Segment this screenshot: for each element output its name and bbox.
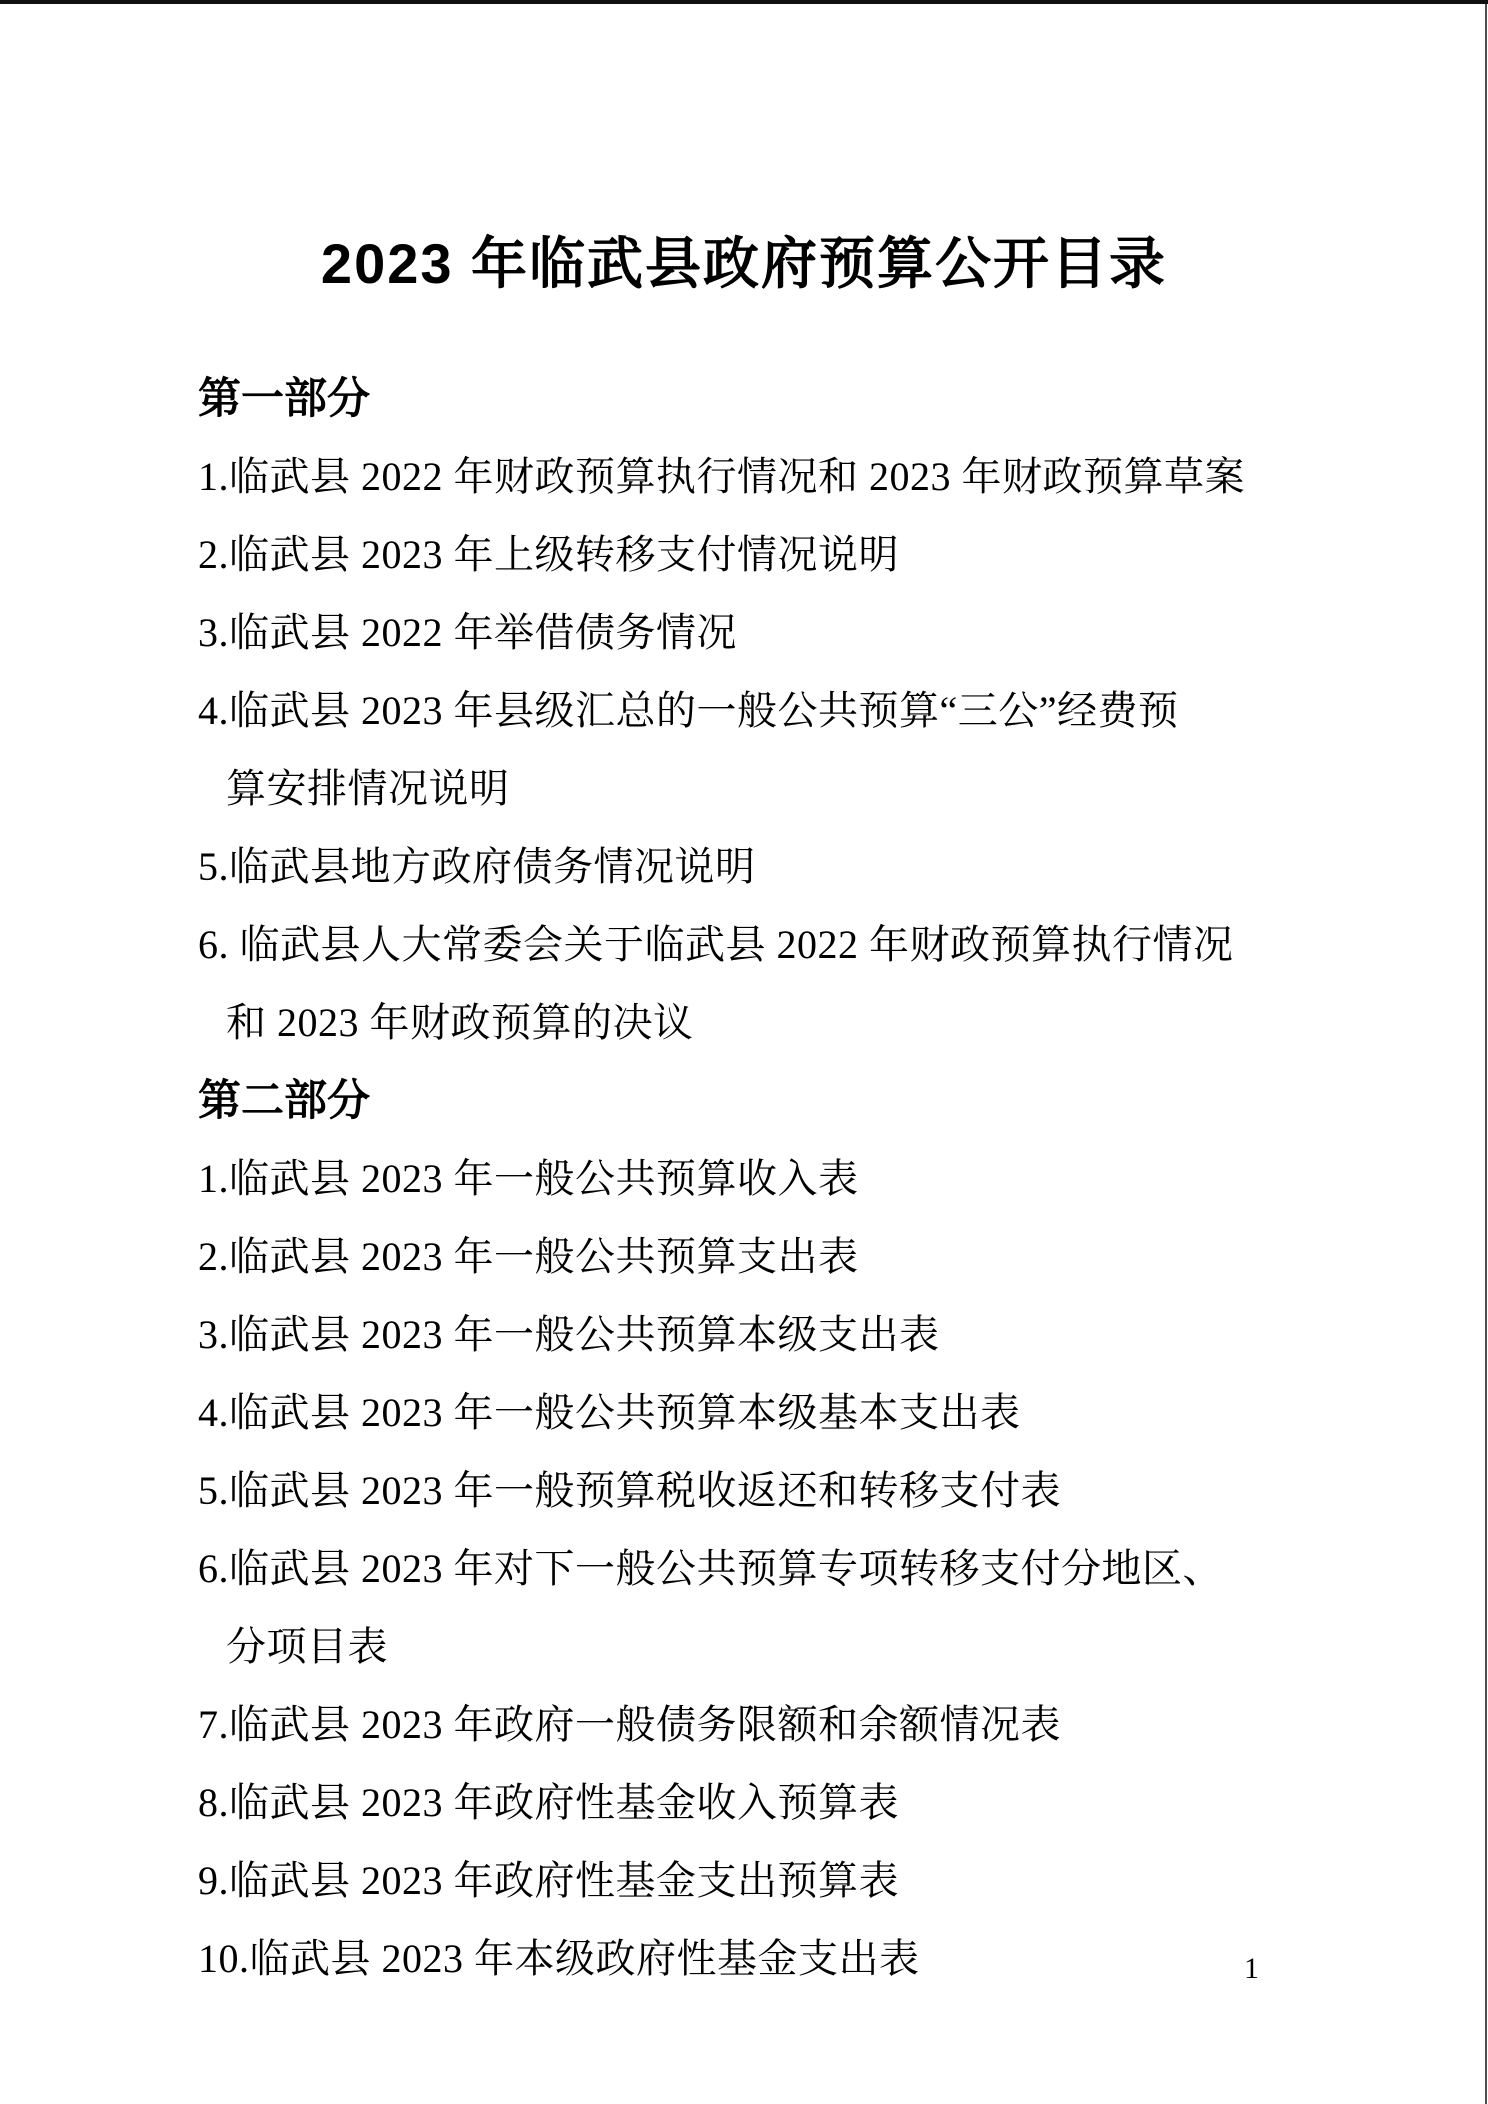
toc-item: 5.临武县地方政府债务情况说明	[198, 824, 1428, 902]
toc-content: 第一部分 1.临武县 2022 年财政预算执行情况和 2023 年财政预算草案 …	[198, 356, 1428, 1994]
toc-item: 4.临武县 2023 年县级汇总的一般公共预算“三公”经费预	[198, 668, 1428, 746]
toc-item: 3.临武县 2022 年举借债务情况	[198, 590, 1428, 668]
toc-item: 5.临武县 2023 年一般预算税收返还和转移支付表	[198, 1448, 1428, 1526]
toc-item: 3.临武县 2023 年一般公共预算本级支出表	[198, 1292, 1428, 1370]
toc-item: 8.临武县 2023 年政府性基金收入预算表	[198, 1760, 1428, 1838]
toc-item: 4.临武县 2023 年一般公共预算本级基本支出表	[198, 1370, 1428, 1448]
page-number: 1	[1244, 1952, 1259, 1986]
toc-item-continuation: 分项目表	[198, 1604, 1428, 1682]
toc-item: 7.临武县 2023 年政府一般债务限额和余额情况表	[198, 1682, 1428, 1760]
section-heading-part1: 第一部分	[198, 356, 1428, 434]
document-page: 2023 年临武县政府预算公开目录 第一部分 1.临武县 2022 年财政预算执…	[0, 0, 1488, 2104]
toc-item-continuation: 和 2023 年财政预算的决议	[198, 980, 1428, 1058]
page-title: 2023 年临武县政府预算公开目录	[0, 220, 1488, 300]
page-right-border	[1485, 4, 1487, 2104]
toc-item: 1.临武县 2022 年财政预算执行情况和 2023 年财政预算草案	[198, 434, 1428, 512]
toc-item: 6. 临武县人大常委会关于临武县 2022 年财政预算执行情况	[198, 902, 1428, 980]
toc-item: 9.临武县 2023 年政府性基金支出预算表	[198, 1838, 1428, 1916]
toc-item: 2.临武县 2023 年上级转移支付情况说明	[198, 512, 1428, 590]
toc-item: 2.临武县 2023 年一般公共预算支出表	[198, 1214, 1428, 1292]
toc-item-continuation: 算安排情况说明	[198, 746, 1428, 824]
section-heading-part2: 第二部分	[198, 1058, 1428, 1136]
toc-item: 1.临武县 2023 年一般公共预算收入表	[198, 1136, 1428, 1214]
toc-item: 6.临武县 2023 年对下一般公共预算专项转移支付分地区、	[198, 1526, 1428, 1604]
